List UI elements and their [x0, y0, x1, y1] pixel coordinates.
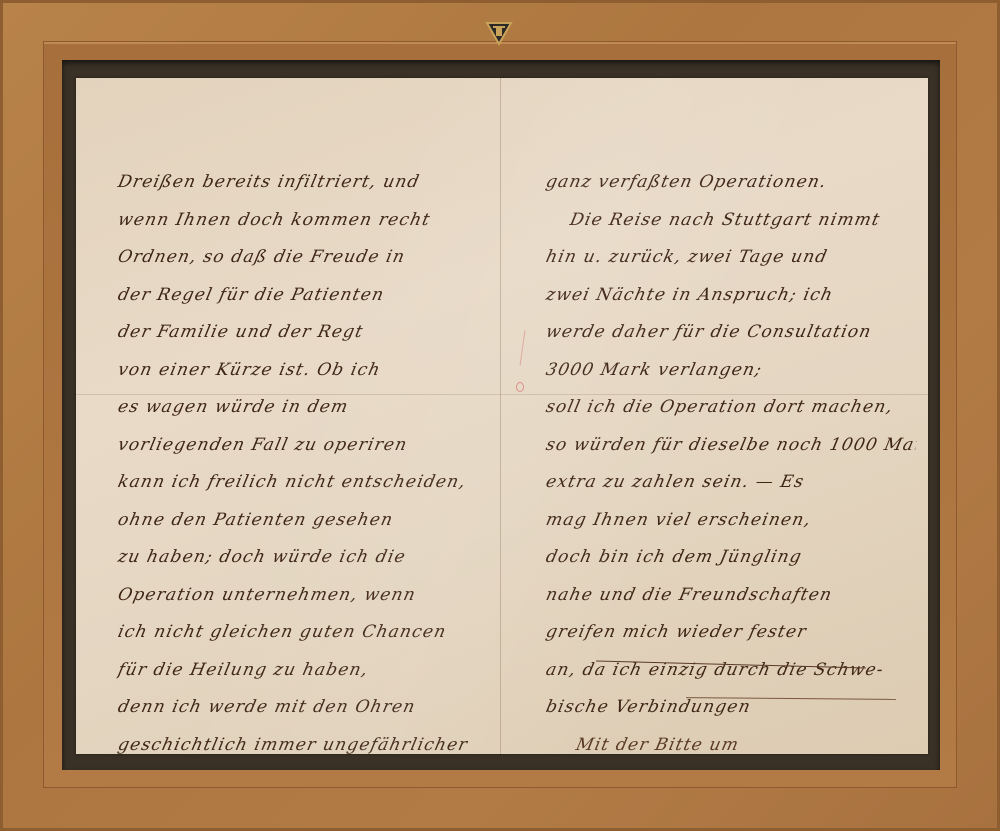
handwritten-line: greifen mich wieder fester [542, 614, 920, 652]
handwritten-line: der Familie und der Regt [114, 314, 502, 352]
handwritten-line: extra zu zahlen sein. — Es [542, 464, 920, 502]
handwritten-line: nahe und die Freundschaften [542, 577, 920, 615]
handwritten-line: mag Ihnen viel erscheinen, [542, 502, 920, 540]
handwritten-line: soll ich die Operation dort machen, [542, 389, 920, 427]
handwritten-line: werde daher für die Consultation [542, 314, 920, 352]
handwritten-line: Ordnen, so daß die Freude in [114, 239, 502, 277]
handwritten-line: so würden für dieselbe noch 1000 Mark [542, 427, 920, 465]
handwritten-line: bische Verbindungen [542, 689, 920, 727]
red-pencil-mark [516, 382, 524, 392]
handwritten-line: geschichtlich immer ungefährlicher [114, 727, 502, 765]
handwritten-line: hin u. zurück, zwei Tage und [542, 239, 920, 277]
handwritten-line: ohne den Patienten gesehen [114, 502, 502, 540]
handwritten-line: von einer Kürze ist. Ob ich [114, 352, 502, 390]
handwritten-line: vorliegenden Fall zu operiren [114, 427, 502, 465]
handwritten-line: zu haben; doch würde ich die [114, 539, 502, 577]
picture-frame: Dreißen bereits infiltriert, und wenn Ih… [0, 0, 1000, 831]
handwritten-line: Die Reise nach Stuttgart nimmt [542, 202, 920, 240]
handwritten-line: denn ich werde mit den Ohren [114, 689, 502, 727]
handwritten-line: für die Heilung zu haben, [114, 652, 502, 690]
closing-line: Mit der Bitte um [542, 727, 920, 765]
handwritten-line: ich nicht gleichen guten Chancen [114, 614, 502, 652]
handwritten-line: ganz verfaßten Operationen. [542, 164, 920, 202]
handwritten-line: Operation unternehmen, wenn [114, 577, 502, 615]
right-page: ganz verfaßten Operationen. Die Reise na… [546, 164, 916, 764]
red-pencil-stroke [519, 330, 525, 366]
handwritten-line: zwei Nächte in Anspruch; ich [542, 277, 920, 315]
handwritten-line: kann ich freilich nicht entscheiden, [114, 464, 502, 502]
handwritten-line: wenn Ihnen doch kommen recht [114, 202, 502, 240]
letter-paper: Dreißen bereits infiltriert, und wenn Ih… [76, 78, 928, 754]
frame-hanger-icon [484, 20, 514, 46]
handwritten-line: 3000 Mark verlangen; [542, 352, 920, 390]
handwritten-line: der Regel für die Patienten [114, 277, 502, 315]
handwritten-line: es wagen würde in dem [114, 389, 502, 427]
handwritten-line: doch bin ich dem Jüngling [542, 539, 920, 577]
handwritten-line: an, da ich einzig durch die Schwe- [542, 652, 920, 690]
handwritten-line: Dreißen bereits infiltriert, und [114, 164, 502, 202]
left-page: Dreißen bereits infiltriert, und wenn Ih… [118, 164, 498, 764]
